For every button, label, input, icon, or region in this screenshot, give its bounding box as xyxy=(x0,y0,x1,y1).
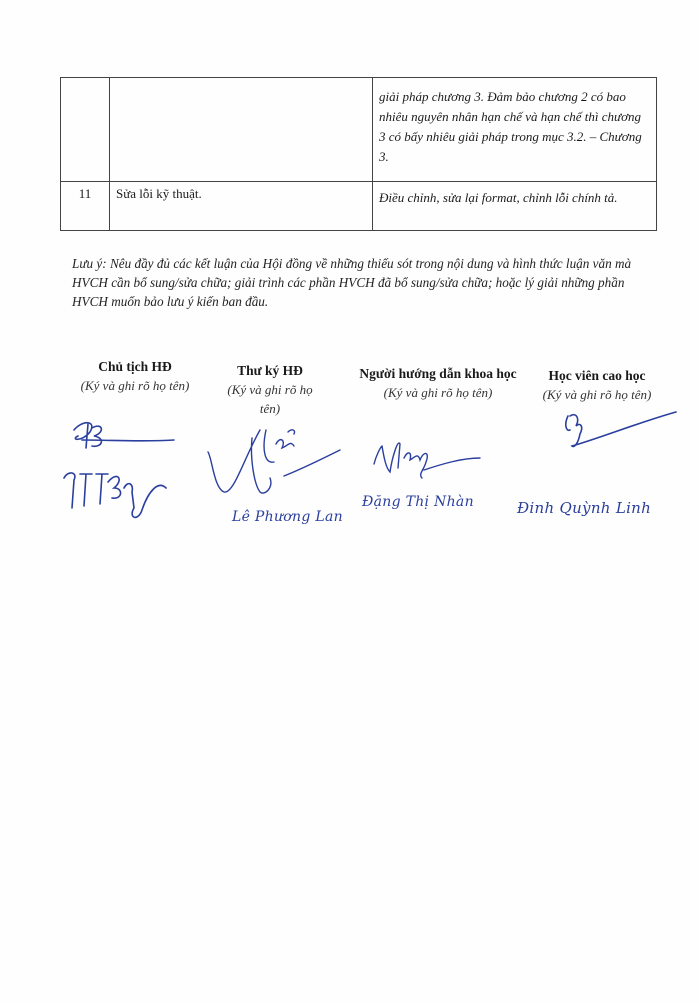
signature-name-supervisor: Đặng Thị Nhàn xyxy=(362,494,474,510)
table-row: giải pháp chương 3. Đảm bảo chương 2 có … xyxy=(61,78,657,182)
signature-mark-student xyxy=(560,410,680,465)
signature-block-chairman: Chủ tịch HĐ (Ký và ghi rõ họ tên) xyxy=(60,357,210,395)
row-issue xyxy=(110,78,373,182)
signature-hint: (Ký và ghi rõ họ tên) xyxy=(358,383,518,402)
review-table: giải pháp chương 3. Đảm bảo chương 2 có … xyxy=(60,77,657,231)
signature-hint: (Ký và ghi rõ họ tên) xyxy=(60,376,210,395)
signature-block-secretary: Thư ký HĐ (Ký và ghi rõ họ tên) xyxy=(222,361,318,418)
signature-role: Thư ký HĐ xyxy=(222,361,318,380)
row-fix: giải pháp chương 3. Đảm bảo chương 2 có … xyxy=(373,78,657,182)
signature-mark-supervisor xyxy=(372,428,482,493)
signature-mark-secretary xyxy=(204,418,344,513)
signature-hint: (Ký và ghi rõ họ tên) xyxy=(527,385,667,404)
row-number xyxy=(61,78,110,182)
signature-role: Chủ tịch HĐ xyxy=(60,357,210,376)
signature-block-supervisor: Người hướng dẫn khoa học (Ký và ghi rõ h… xyxy=(358,364,518,402)
table-row: 11 Sửa lỗi kỹ thuật. Điều chỉnh, sửa lại… xyxy=(61,182,657,231)
row-fix: Điều chỉnh, sửa lại format, chỉnh lỗi ch… xyxy=(373,182,657,231)
row-number: 11 xyxy=(61,182,110,231)
signature-name-student: Đinh Quỳnh Linh xyxy=(517,499,651,517)
document-page: giải pháp chương 3. Đảm bảo chương 2 có … xyxy=(0,0,699,1003)
signature-mark-chairman xyxy=(62,418,182,533)
signature-role: Người hướng dẫn khoa học xyxy=(358,364,518,383)
note-paragraph: Lưu ý: Nêu đầy đủ các kết luận của Hội đ… xyxy=(72,254,632,311)
signature-hint: (Ký và ghi rõ họ tên) xyxy=(222,380,318,418)
signature-name-secretary: Lê Phương Lan xyxy=(232,509,343,525)
row-issue: Sửa lỗi kỹ thuật. xyxy=(110,182,373,231)
signature-role: Học viên cao học xyxy=(527,366,667,385)
signature-block-student: Học viên cao học (Ký và ghi rõ họ tên) xyxy=(527,366,667,404)
